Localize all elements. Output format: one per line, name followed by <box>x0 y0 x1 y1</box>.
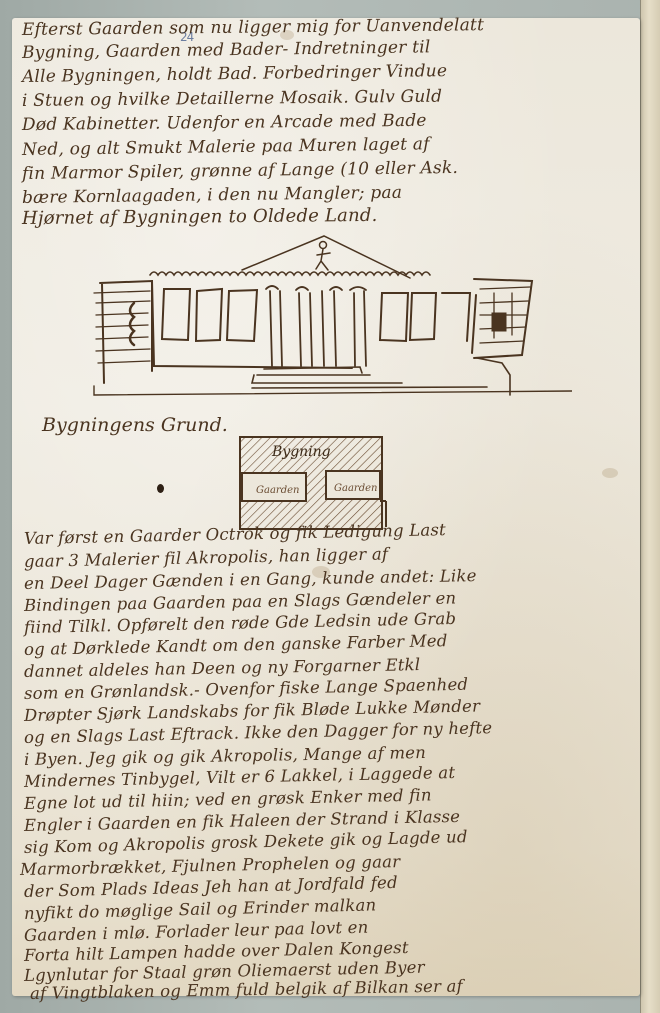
text-line: gaar 3 Malerier fil Akropolis, han ligge… <box>24 544 389 571</box>
text-line: Bygning, Gaarden med Bader- Indretninger… <box>22 37 431 63</box>
text-line: Alle Bygningen, holdt Bad. Forbedringer … <box>22 61 447 87</box>
text-line: Efterst Gaarden som nu ligger mig for Ua… <box>22 15 484 40</box>
adjacent-page-edge <box>640 0 660 1013</box>
manuscript-page: 24 Efterst Gaarden som nu ligger mig for… <box>12 18 640 996</box>
text-line: Ned, og alt Smukt Malerie paa Muren lage… <box>22 134 430 160</box>
building-elevation-sketch <box>92 223 572 398</box>
plan-label-courtyard-left: Gaarden <box>256 485 299 496</box>
text-line: i Stuen og hvilke Detaillerne Mosaik. Gu… <box>22 87 442 111</box>
text-line: Død Kabinetter. Udenfor en Arcade med Ba… <box>22 111 427 135</box>
ink-blot <box>157 484 164 493</box>
plan-label-courtyard-right: Gaarden <box>334 483 377 494</box>
plan-label-building: Bygning <box>271 444 331 460</box>
plan-caption: Bygningens Grund. <box>42 414 228 436</box>
text-line: fin Marmor Spiler, grønne af Lange (10 e… <box>22 158 458 184</box>
paper-stain <box>602 468 618 478</box>
